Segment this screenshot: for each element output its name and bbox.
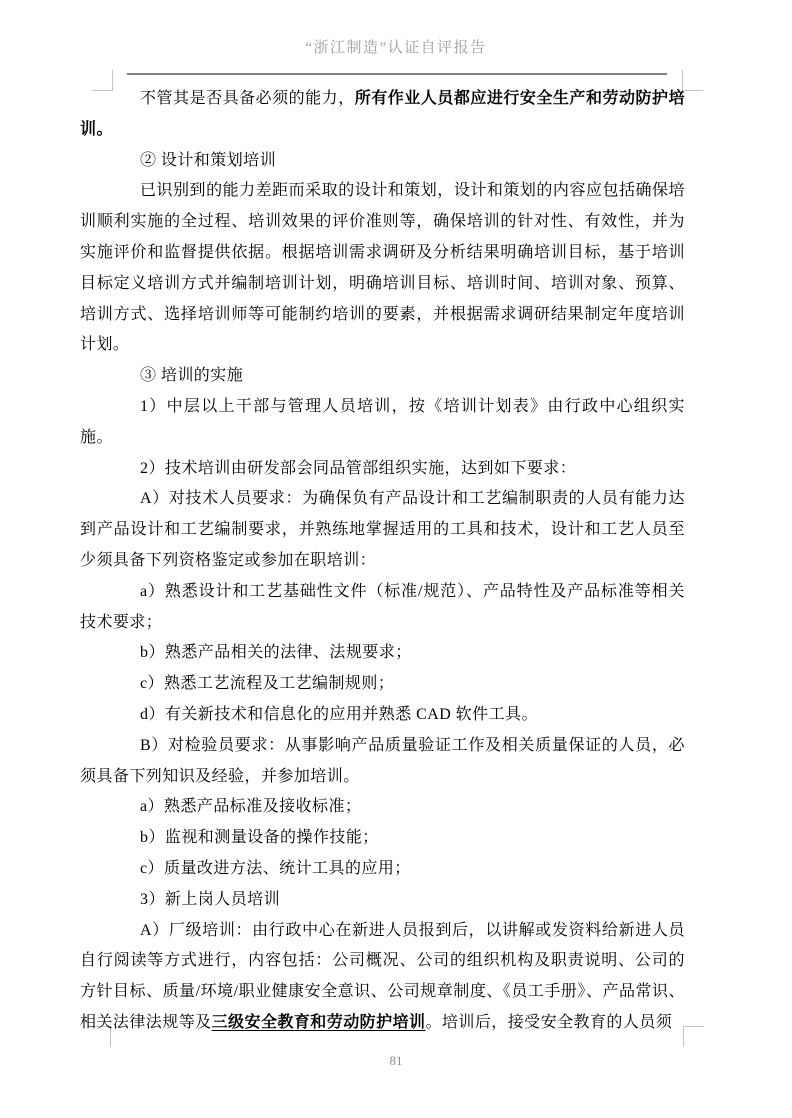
paragraph: c）熟悉工艺流程及工艺编制规则； xyxy=(80,669,685,700)
text-segment: 2）技术培训由研发部会同品管部组织实施，达到如下要求： xyxy=(140,460,576,477)
paragraph: 不管其是否具备必须的能力，所有作业人员都应进行安全生产和劳动防护培训。 xyxy=(80,84,685,146)
paragraph: 已识别到的能力差距而采取的设计和策划，设计和策划的内容应包括确保培训顺利实施的全… xyxy=(80,176,685,361)
text-segment: B）对检验员要求：从事影响产品质量验证工作及相关质量保证的人员，必须具备下列知识… xyxy=(80,737,685,785)
paragraph: d）有关新技术和信息化的应用并熟悉 CAD 软件工具。 xyxy=(80,700,685,731)
paragraph: b）监视和测量设备的操作技能； xyxy=(80,823,685,854)
page-header-title: “浙江制造”认证自评报告 xyxy=(0,36,792,57)
paragraph: a）熟悉产品标准及接收标准； xyxy=(80,792,685,823)
paragraph: 1）中层以上干部与管理人员培训，按《培训计划表》由行政中心组织实施。 xyxy=(80,392,685,454)
paragraph: a）熟悉设计和工艺基础性文件（标准/规范）、产品特性及产品标准等相关技术要求； xyxy=(80,577,685,639)
text-segment: 不管其是否具备必须的能力， xyxy=(140,90,355,107)
text-segment: 三级安全教育和劳动防护培训 xyxy=(212,1014,426,1031)
text-segment: 已识别到的能力差距而采取的设计和策划，设计和策划的内容应包括确保培训顺利实施的全… xyxy=(80,182,685,353)
paragraph: b）熟悉产品相关的法律、法规要求； xyxy=(80,638,685,669)
paragraph: ② 设计和策划培训 xyxy=(80,146,685,177)
text-segment: a）熟悉设计和工艺基础性文件（标准/规范）、产品特性及产品标准等相关技术要求； xyxy=(80,583,685,631)
paragraph: c）质量改进方法、统计工具的应用； xyxy=(80,854,685,885)
text-boundary-mark-bottom-right xyxy=(683,1026,704,1047)
page-number: 81 xyxy=(0,1053,792,1069)
paragraph: B）对检验员要求：从事影响产品质量验证工作及相关质量保证的人员，必须具备下列知识… xyxy=(80,731,685,793)
text-segment: c）熟悉工艺流程及工艺编制规则； xyxy=(140,675,394,692)
paragraph: ③ 培训的实施 xyxy=(80,361,685,392)
text-segment: b）熟悉产品相关的法律、法规要求； xyxy=(140,644,412,661)
text-segment: ③ 培训的实施 xyxy=(140,367,243,384)
text-segment: a）熟悉产品标准及接收标准； xyxy=(140,798,361,815)
text-segment: d）有关新技术和信息化的应用并熟悉 CAD 软件工具。 xyxy=(140,706,538,723)
paragraph: 2）技术培训由研发部会同品管部组织实施，达到如下要求： xyxy=(80,454,685,485)
header-divider xyxy=(127,73,667,75)
paragraph: 3）新上岗人员培训 xyxy=(80,885,685,916)
document-body: 不管其是否具备必须的能力，所有作业人员都应进行安全生产和劳动防护培训。② 设计和… xyxy=(80,84,685,1039)
paragraph: A）对技术人员要求：为确保负有产品设计和工艺编制职责的人员有能力达到产品设计和工… xyxy=(80,484,685,576)
text-segment: 。培训后，接受安全教育的人员须 xyxy=(425,1014,672,1031)
text-segment: 1）中层以上干部与管理人员培训，按《培训计划表》由行政中心组织实施。 xyxy=(80,398,685,446)
paragraph: A）厂级培训：由行政中心在新进人员报到后，以讲解或发资料给新进人员自行阅读等方式… xyxy=(80,916,685,1039)
text-boundary-mark-top-right xyxy=(682,70,703,91)
text-segment: b）监视和测量设备的操作技能； xyxy=(140,829,379,846)
text-segment: 3）新上岗人员培训 xyxy=(140,891,280,908)
text-segment: ② 设计和策划培训 xyxy=(140,152,276,169)
text-segment: c）质量改进方法、统计工具的应用； xyxy=(140,860,411,877)
text-segment: A）对技术人员要求：为确保负有产品设计和工艺编制职责的人员有能力达到产品设计和工… xyxy=(80,490,685,569)
document-page: “浙江制造”认证自评报告 不管其是否具备必须的能力，所有作业人员都应进行安全生产… xyxy=(0,0,792,1118)
